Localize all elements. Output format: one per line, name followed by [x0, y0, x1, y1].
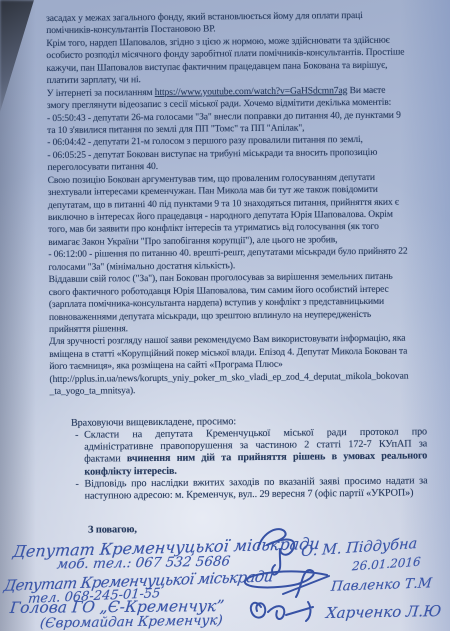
- signer-contact-handwriting: (Євромайдан Кременчук): [39, 612, 223, 631]
- request-section: Враховуючи вищевикладене, просимо: - Скл…: [71, 414, 428, 503]
- signature-date-handwriting: 26.01.2016: [352, 555, 422, 574]
- pplus-url-line: _ta_yogo_ta_mnitsya).: [50, 382, 448, 398]
- dash-marker: -: [71, 479, 84, 504]
- signer-name-handwriting: Павленко Т.М: [330, 575, 432, 595]
- scanned-letter-photo: засадах у межах загального фонду, який в…: [0, 0, 450, 631]
- link-suffix-text: Ви маєте: [347, 84, 385, 95]
- printed-text-block: засадах у межах загального фонду, який в…: [46, 9, 449, 537]
- dash-marker: -: [71, 430, 84, 479]
- photo-corner-shadow: [0, 0, 46, 120]
- request-item: - Скласти на депутата Кременчуцької місь…: [71, 426, 427, 479]
- signature-scribble: [247, 594, 323, 626]
- bold-emphasis: вчинення ним дій та прийняття рішень в у…: [127, 451, 428, 465]
- request-line: наступною адресою: м. Кременчук, вул.. 2…: [85, 488, 428, 504]
- request-item: - Відповідь про наслідки вжитих заходів …: [71, 475, 427, 503]
- bold-emphasis: конфлікту інтересів.: [84, 466, 176, 478]
- youtube-link: https://www.youtube.com/watch?v=GaHSdcmn…: [155, 85, 348, 98]
- signer-name-handwriting: Харченко Л.Ю: [325, 602, 442, 622]
- link-prefix-text: У інтернеті за посиланням: [47, 87, 155, 99]
